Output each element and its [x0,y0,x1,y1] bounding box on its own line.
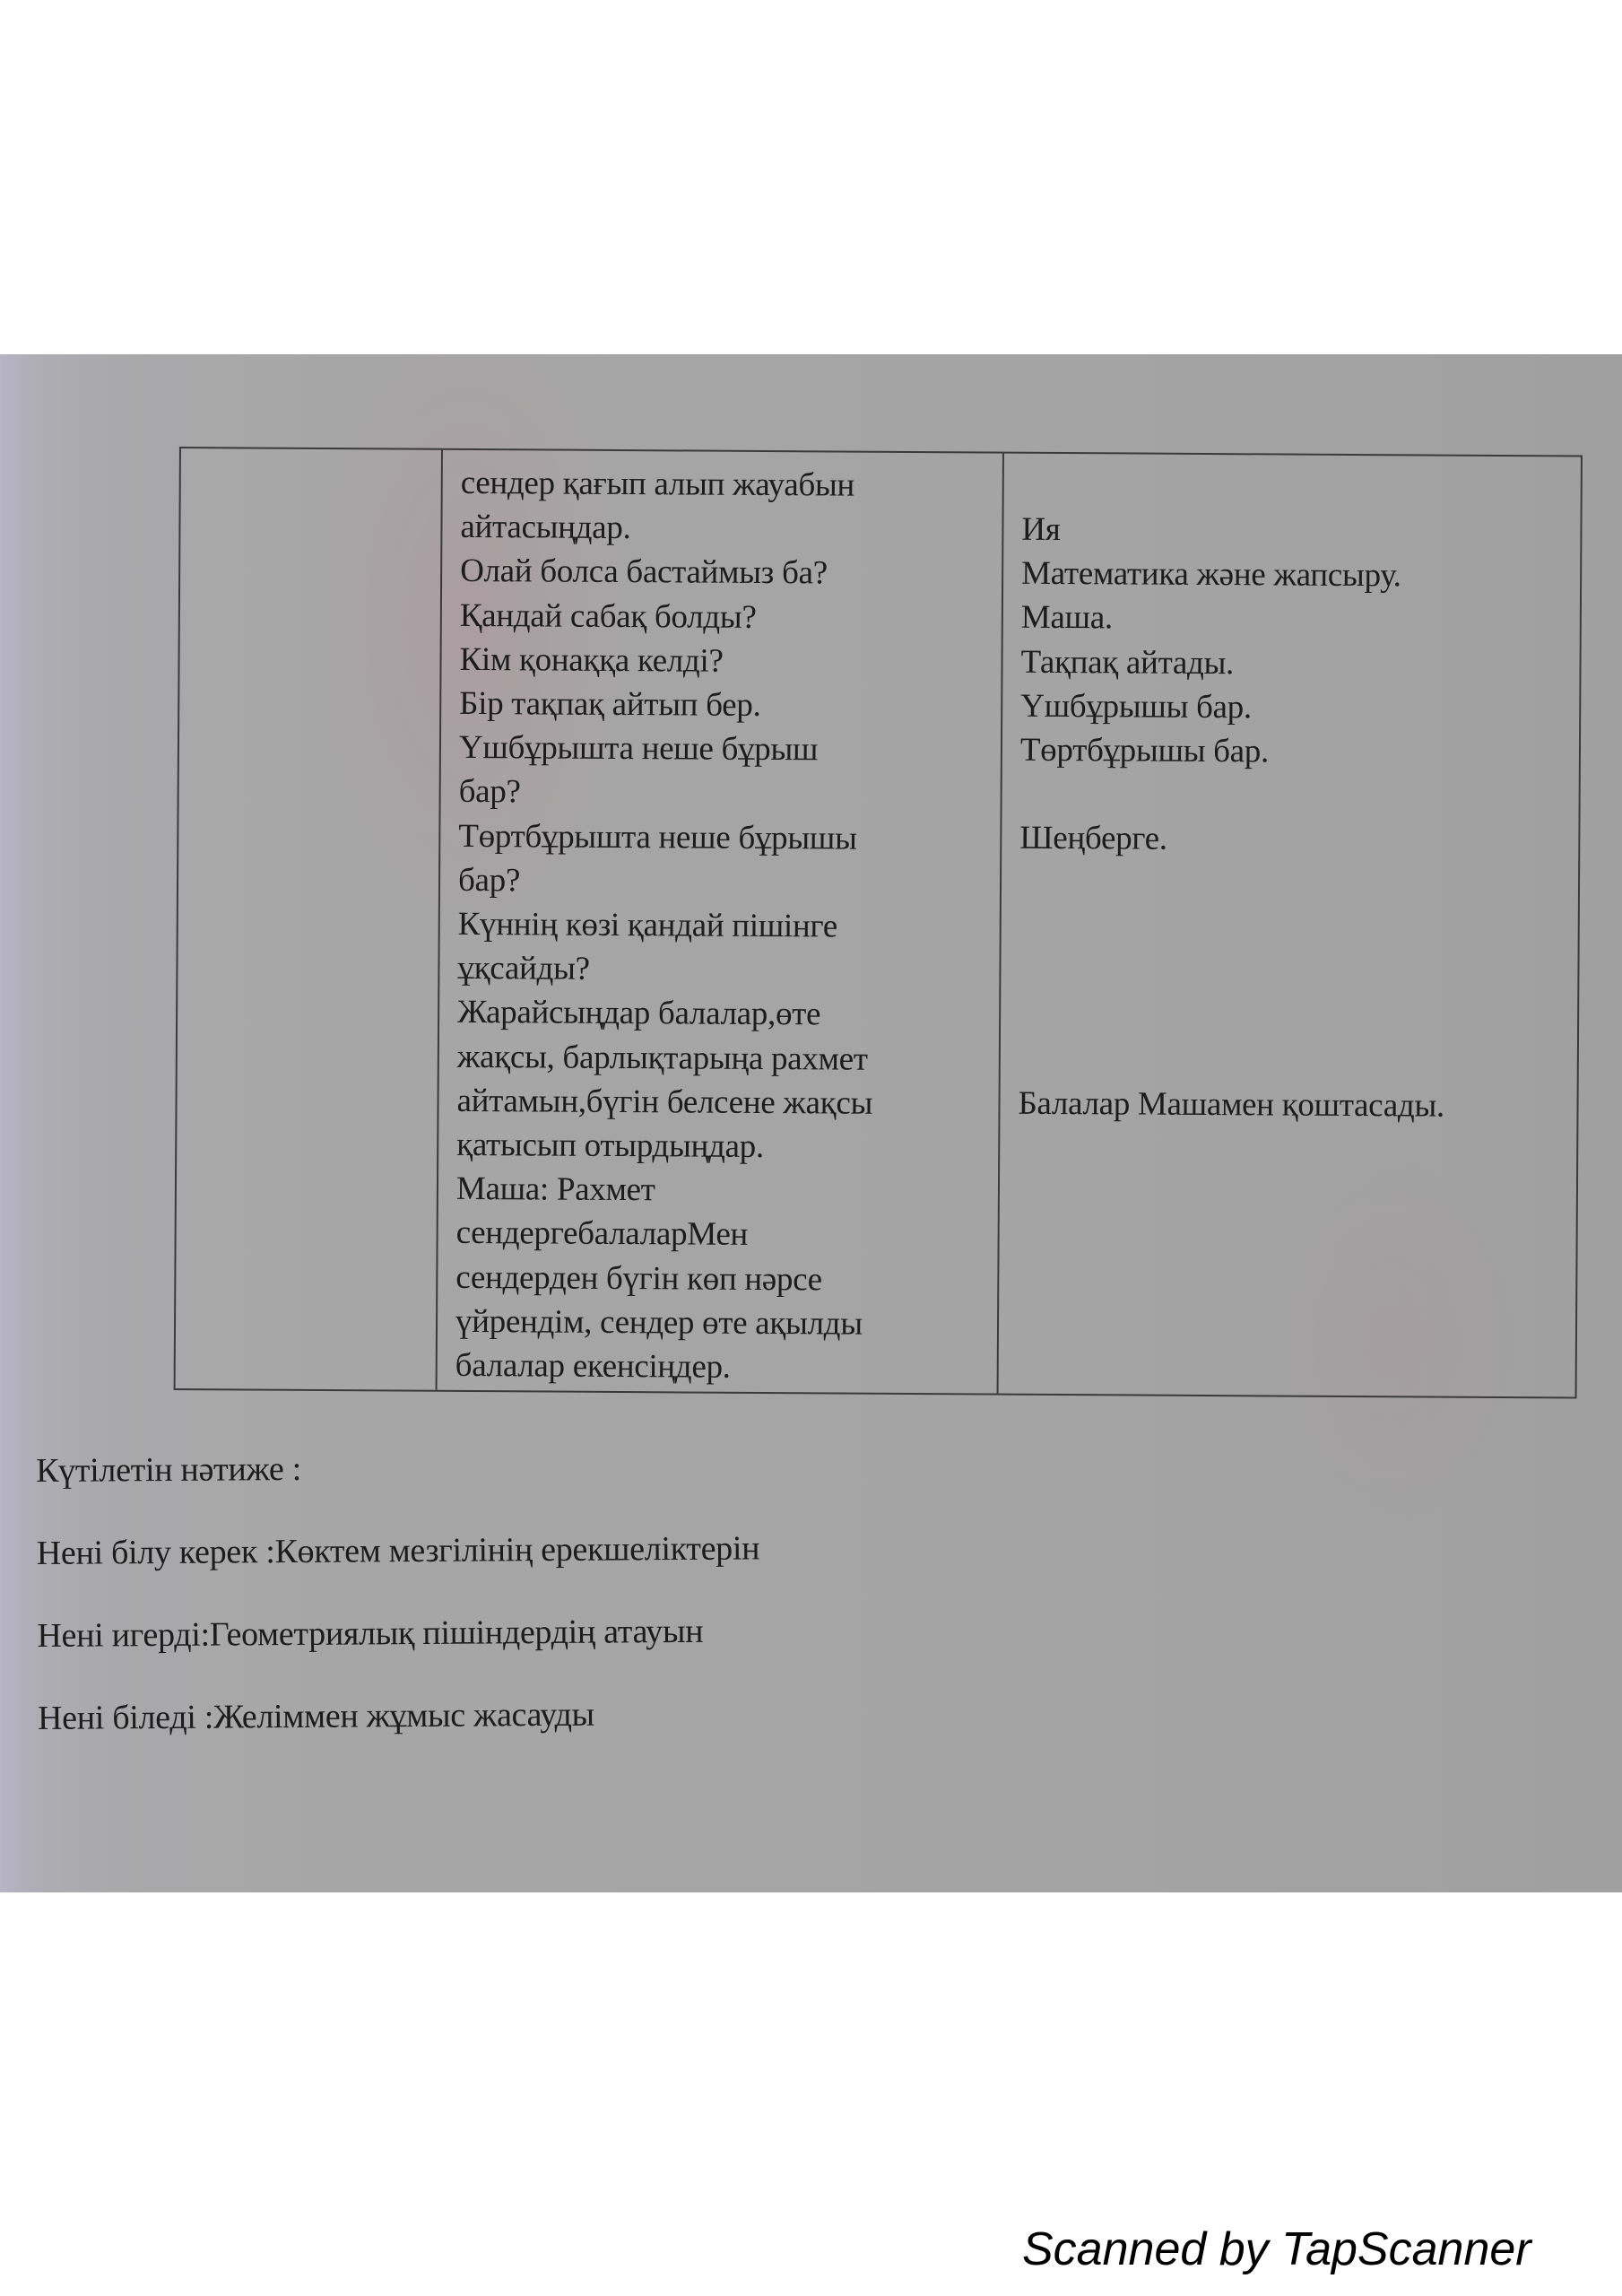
expected-results: Күтілетін нәтиже : Нені білу керек :Көкт… [36,1448,761,1783]
teacher-line: Төртбұрышта неше бұрышы [458,814,987,862]
result-item-mastered: Нені игерді:Геометриялық пішіндердің ата… [37,1613,760,1654]
table-cell-teacher-activity: сендер қағып алып жауабынайтасыңдар.Олай… [438,450,1004,1394]
children-line: Балалар Машамен қоштасады. [1018,1081,1564,1128]
teacher-line: Қандай сабақ болды? [460,594,989,641]
teacher-line: Күннің көзі қандай пішінге [458,902,987,950]
children-line [1019,993,1565,1040]
children-line [1019,905,1566,952]
teacher-line: бар? [459,770,988,817]
teacher-line: Жарайсыңдар балалар,өте [457,990,986,1038]
children-line: Маша. [1021,596,1567,643]
children-line: Үшбұрышы бар. [1020,684,1566,732]
results-heading: Күтілетін нәтиже : [36,1448,759,1489]
teacher-line: сендергебалаларМен [455,1211,984,1258]
table-cell-stage [176,448,443,1390]
teacher-line: балалар екенсіңдер. [455,1344,984,1391]
teacher-line: ұқсайды? [457,946,986,994]
teacher-line: Бір тақпақ айтып бер. [459,682,988,729]
children-line: Шеңберге. [1019,816,1566,864]
children-line [1019,949,1565,996]
teacher-line: жақсы, барлықтарыңа рахмет [457,1035,986,1083]
scanner-watermark: Scanned by TapScanner [1022,2222,1531,2276]
children-line [1019,772,1566,820]
children-line: Төртбұрышы бар. [1020,728,1566,776]
table-cell-children-activity: ИяМатематика және жапсыру.Маша.Тақпақ ай… [999,454,1581,1397]
teacher-line: Маша: Рахмет [456,1167,985,1214]
teacher-line: үйрендім, сендер өте ақылды [455,1300,984,1347]
teacher-line: сендерден бүгін көп нәрсе [455,1256,984,1303]
teacher-line: қатысып отырдыңдар. [456,1123,985,1170]
children-line [1019,860,1566,908]
teacher-line: бар? [458,858,987,906]
children-line: Ия [1021,508,1567,555]
teacher-line: айтамын,бүгін белсене жақсы [456,1079,985,1126]
teacher-line: Олай болса бастаймыз ба? [460,549,989,596]
teacher-line: сендер қағып алып жауабын [461,461,990,509]
children-line [1019,1037,1565,1084]
result-item-skill: Нені біледі :Желіммен жұмыс жасауды [38,1695,761,1736]
result-item-know: Нені білу керек :Көктем мезгілінің ерекш… [37,1530,760,1571]
teacher-line: айтасыңдар. [460,505,989,552]
lesson-table: сендер қағып алып жауабынайтасыңдар.Олай… [174,447,1583,1399]
teacher-line: Үшбұрышта неше бұрыш [459,726,988,773]
children-line: Тақпақ айтады. [1020,639,1566,687]
teacher-line: Кім қонаққа келді? [459,638,988,685]
children-line: Математика және жапсыру. [1021,552,1567,599]
